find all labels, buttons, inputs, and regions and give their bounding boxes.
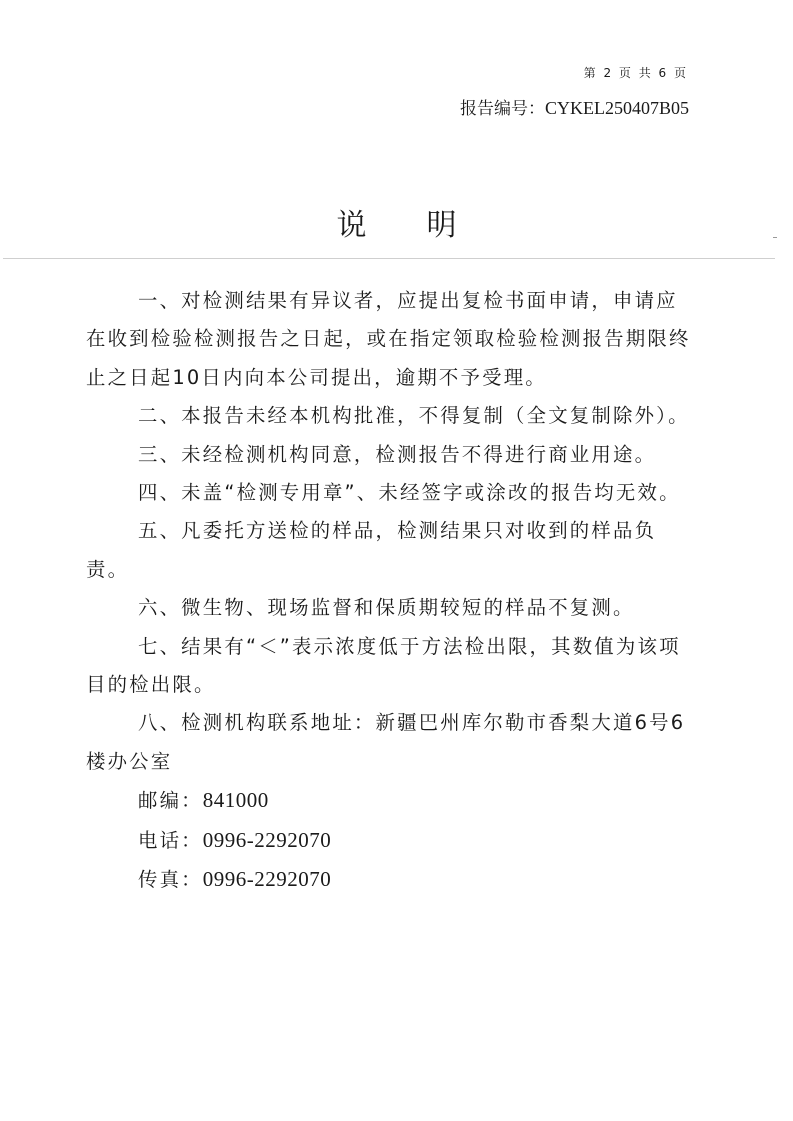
postcode-line: 邮编：841000 [86, 781, 698, 820]
report-number-label: 报告编号： [460, 99, 545, 119]
page-info: 第 2 页 共 6 页 [584, 64, 688, 81]
fax-value: 0996-2292070 [203, 867, 332, 891]
report-number-value: CYKEL250407B05 [545, 98, 689, 118]
fax-label: 传真： [138, 868, 203, 891]
clause-2: 二、本报告未经本机构批准，不得复制（全文复制除外）。 [86, 397, 698, 435]
postcode-label: 邮编： [138, 789, 203, 812]
clause-4: 四、未盖“检测专用章”、未经签字或涂改的报告均无效。 [86, 474, 698, 512]
scan-mark [773, 237, 777, 238]
clause-7: 七、结果有“＜”表示浓度低于方法检出限，其数值为该项目的检出限。 [86, 628, 698, 705]
clause-6: 六、微生物、现场监督和保质期较短的样品不复测。 [86, 589, 698, 627]
phone-value: 0996-2292070 [203, 828, 332, 852]
clause-3: 三、未经检测机构同意，检测报告不得进行商业用途。 [86, 436, 698, 474]
clause-1: 一、对检测结果有异议者，应提出复检书面申请，申请应在收到检验检测报告之日起，或在… [86, 282, 698, 397]
clause-5: 五、凡委托方送检的样品，检测结果只对收到的样品负责。 [86, 512, 698, 589]
phone-label: 电话： [138, 829, 203, 852]
divider [3, 258, 775, 259]
phone-line: 电话：0996-2292070 [86, 821, 698, 860]
postcode-value: 841000 [203, 788, 269, 812]
page-title: 说明 [0, 200, 793, 244]
report-number: 报告编号：CYKEL250407B05 [460, 94, 689, 119]
document-body: 一、对检测结果有异议者，应提出复检书面申请，申请应在收到检验检测报告之日起，或在… [86, 282, 698, 900]
fax-line: 传真：0996-2292070 [86, 860, 698, 899]
clause-8: 八、检测机构联系地址：新疆巴州库尔勒市香梨大道6号6楼办公室 [86, 704, 698, 781]
